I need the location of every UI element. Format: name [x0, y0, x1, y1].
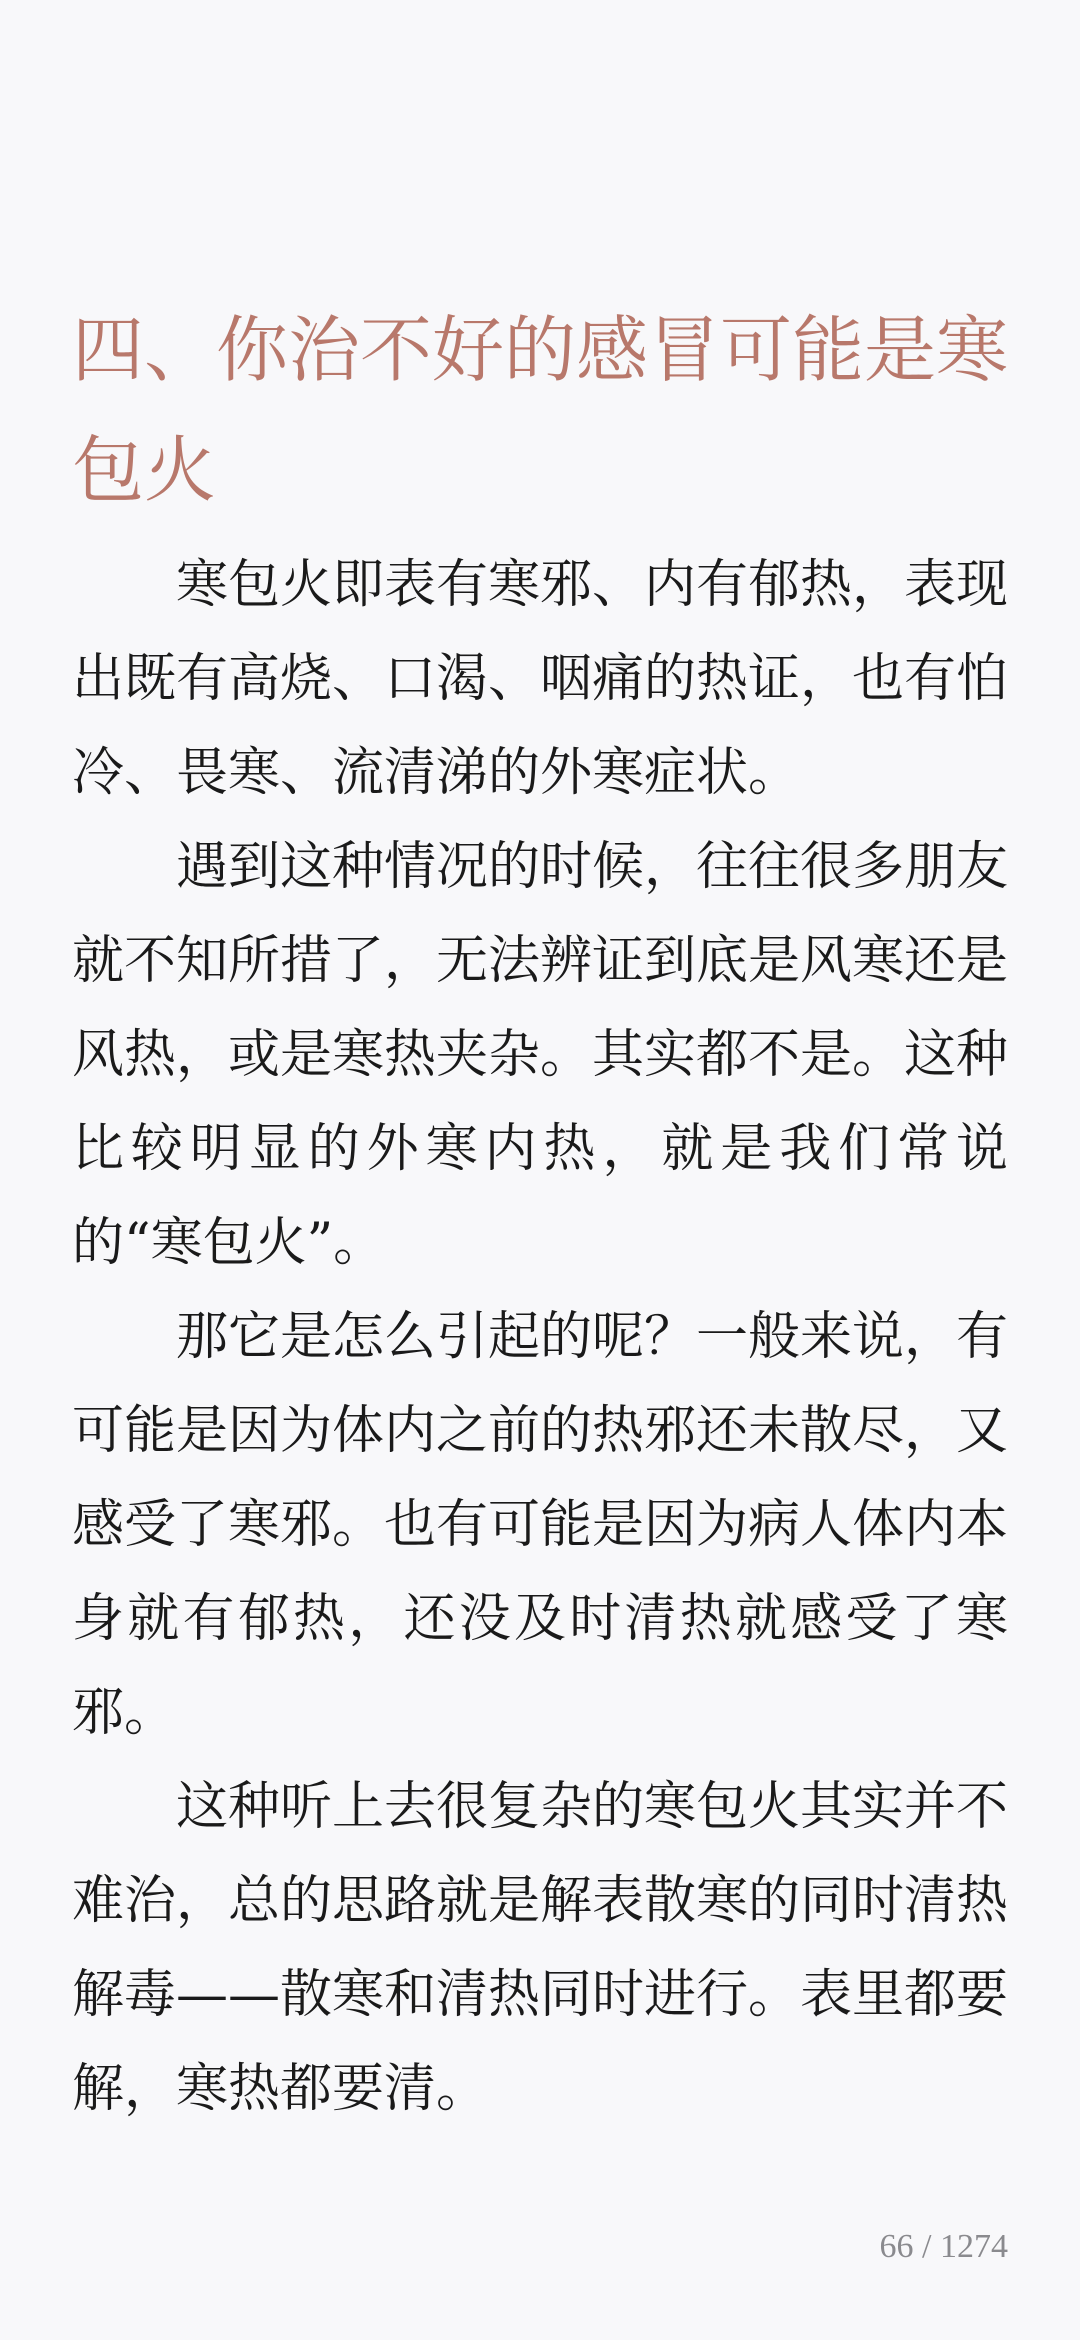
paragraph: 那它是怎么引起的呢？一般来说，有可能是因为体内之前的热邪还未散尽，又感受了寒邪。…: [72, 1290, 1008, 1760]
page-indicator: 66 / 1274: [880, 2228, 1008, 2266]
paragraph: 遇到这种情况的时候，往往很多朋友就不知所措了，无法辨证到底是风寒还是风热，或是寒…: [72, 820, 1008, 1290]
paragraph: 寒包火即表有寒邪、内有郁热，表现出既有高烧、口渴、咽痛的热证，也有怕冷、畏寒、流…: [72, 538, 1008, 820]
chapter-title: 四、你治不好的感冒可能是寒包火: [72, 290, 1008, 530]
paragraph: 这种听上去很复杂的寒包火其实并不难治，总的思路就是解表散寒的同时清热解毒——散寒…: [72, 1760, 1008, 2136]
chapter-body: 寒包火即表有寒邪、内有郁热，表现出既有高烧、口渴、咽痛的热证，也有怕冷、畏寒、流…: [72, 538, 1008, 2136]
